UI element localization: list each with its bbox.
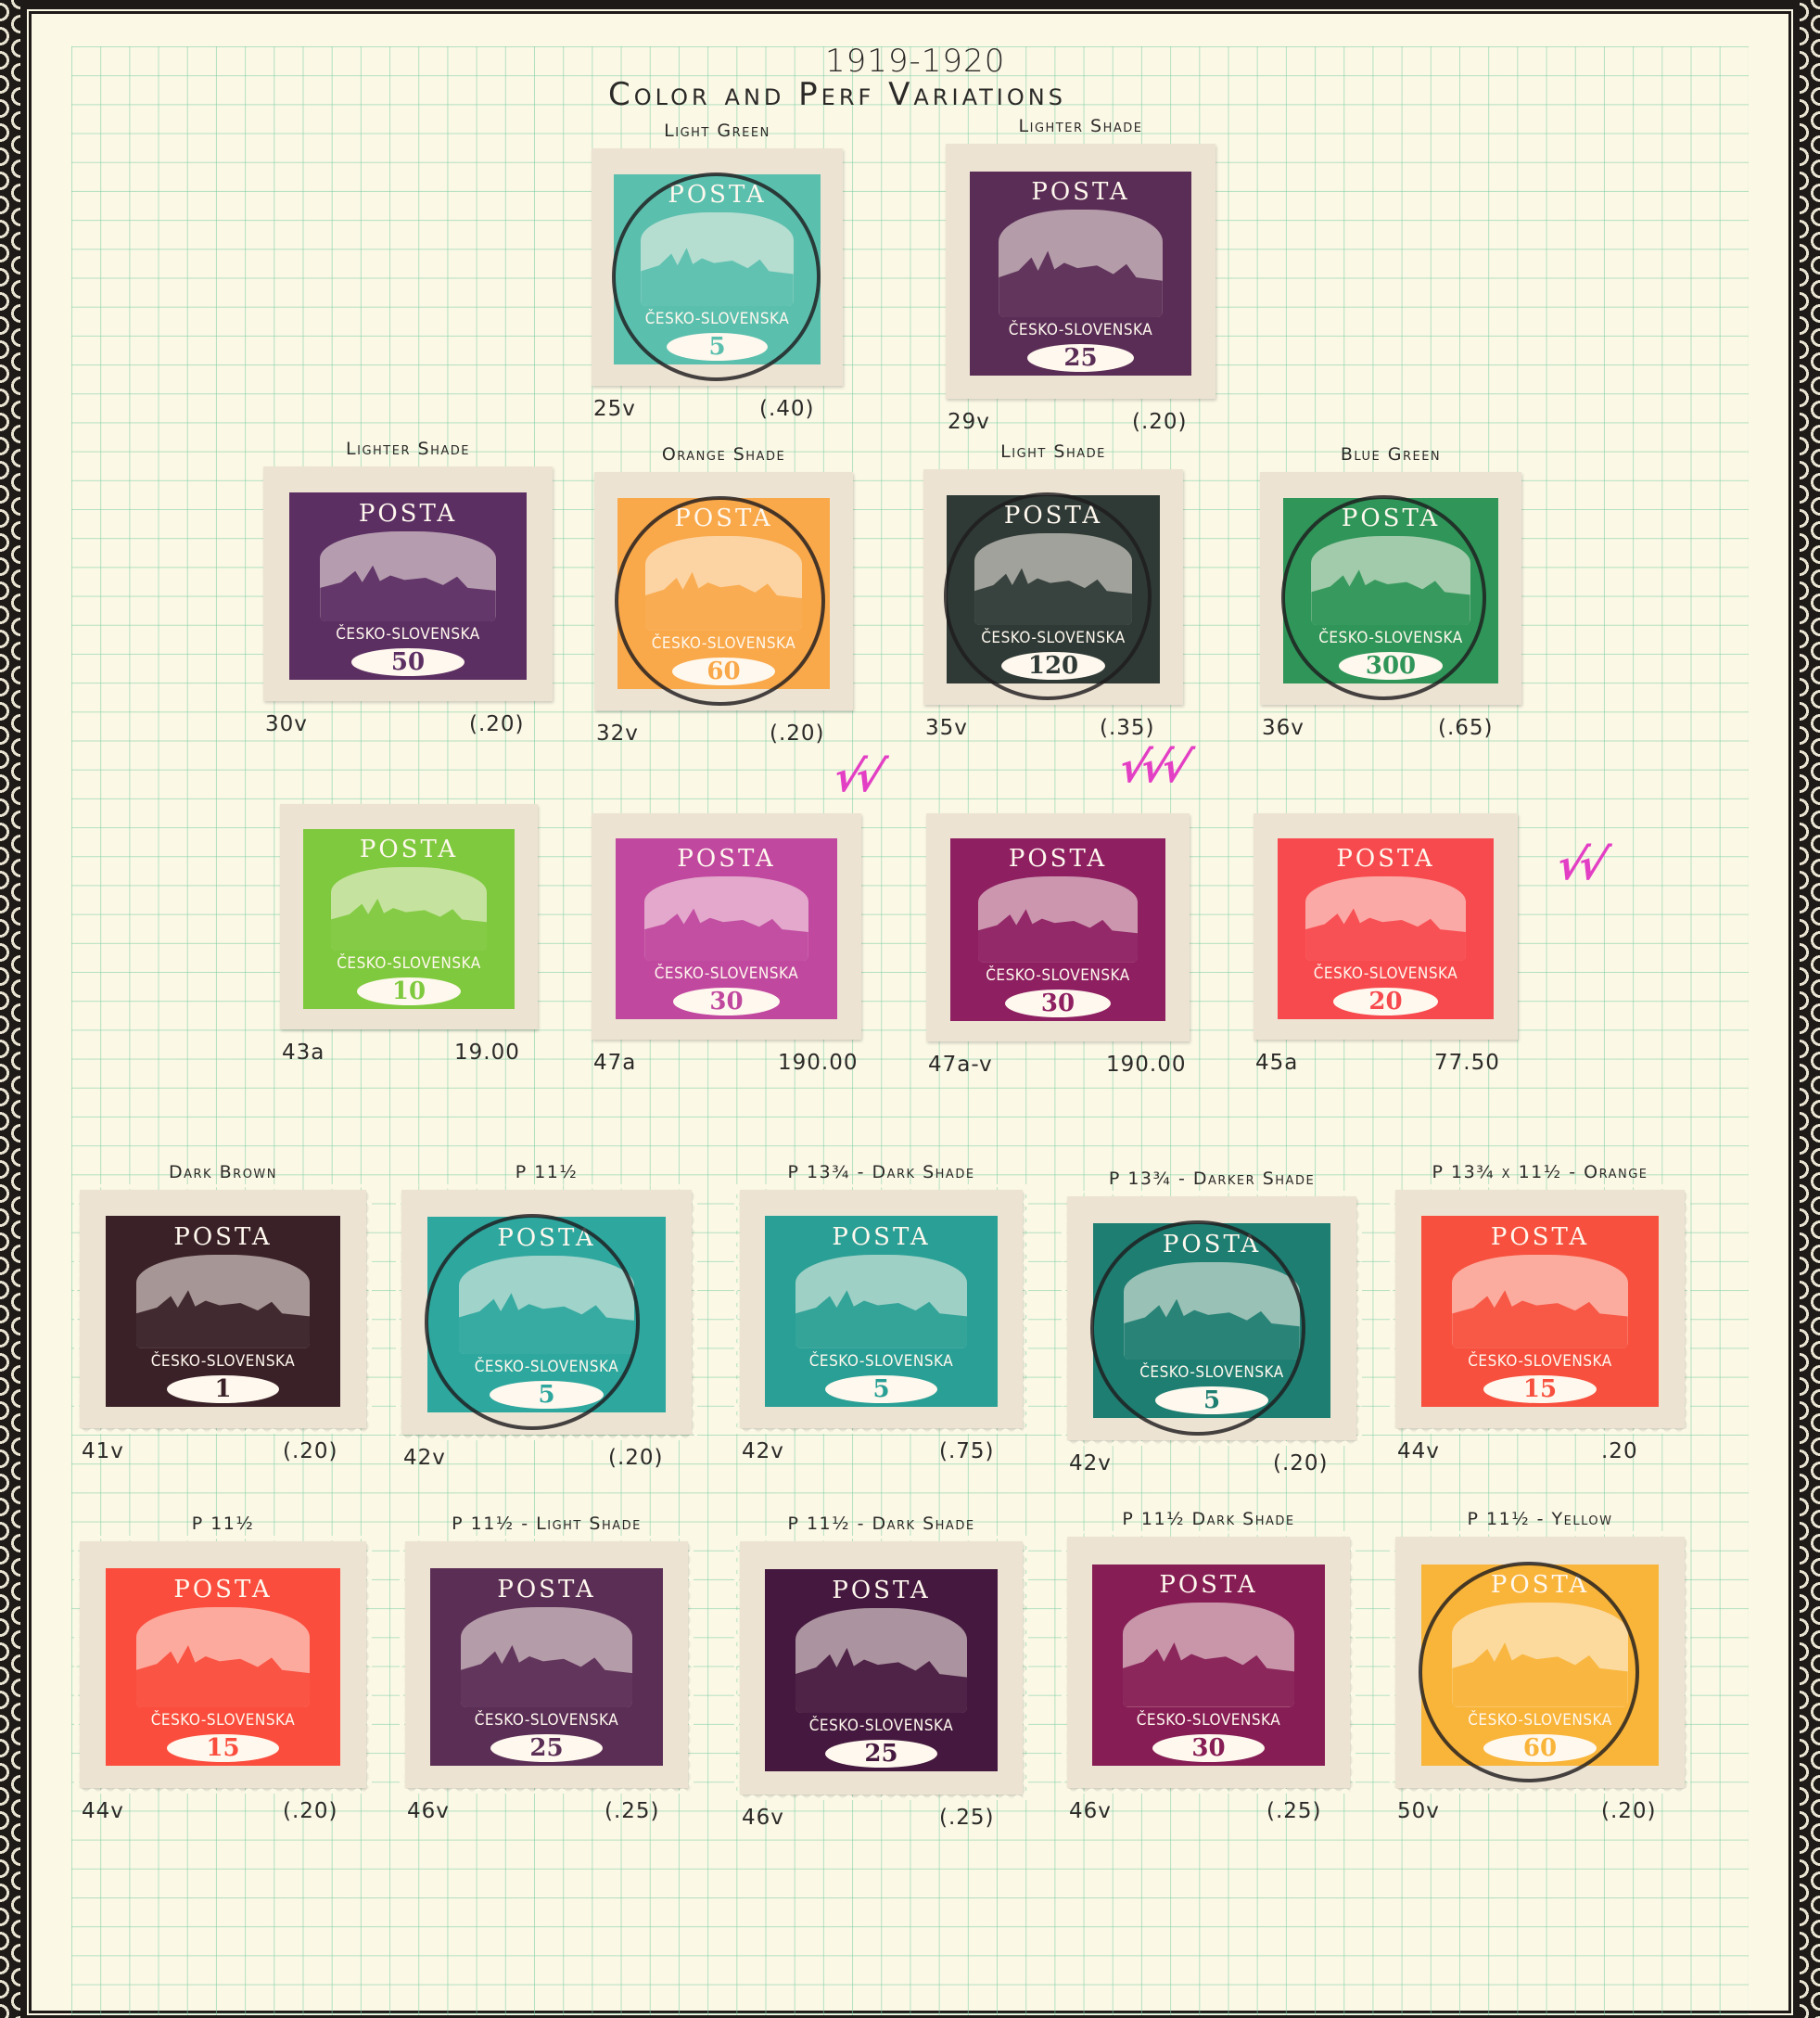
stamp-variety-label: P 11½ - Dark Shade xyxy=(787,1513,974,1534)
stamp-country-text: ČESKO-SLOVENSKA xyxy=(1468,1352,1612,1371)
stamp-country-text: ČESKO-SLOVENSKA xyxy=(475,1711,619,1730)
prague-castle-illustration xyxy=(459,1256,635,1355)
stamp-denomination: 120 xyxy=(1001,652,1105,680)
stamp-country-text: ČESKO-SLOVENSKA xyxy=(151,1352,296,1371)
catalog-value: (.75) xyxy=(939,1439,995,1463)
stamp-country-text: ČESKO-SLOVENSKA xyxy=(655,964,799,983)
stamp-country-text: ČESKO-SLOVENSKA xyxy=(337,954,481,973)
perforated-stamp[interactable]: POSTAČESKO-SLOVENSKA1 xyxy=(80,1190,366,1428)
catalog-number: 47a xyxy=(593,1051,636,1075)
stamp-design-hradcany: POSTAČESKO-SLOVENSKA30 xyxy=(1092,1565,1324,1766)
pink-checkmark-icon: √√√ xyxy=(1114,742,1190,792)
catalog-value: (.25) xyxy=(605,1799,660,1823)
stamp-country-text: ČESKO-SLOVENSKA xyxy=(645,310,790,328)
stamp-variety-label: P 13¾ x 11½ - Orange xyxy=(1432,1162,1648,1182)
imperforate-stamp[interactable]: POSTAČESKO-SLOVENSKA50 xyxy=(263,466,553,701)
prague-castle-illustration xyxy=(795,1255,967,1348)
stamp-denomination: 20 xyxy=(1333,988,1438,1015)
prague-castle-illustration xyxy=(974,533,1132,625)
stamp-design-hradcany: POSTAČESKO-SLOVENSKA30 xyxy=(616,838,837,1019)
stamp-country-text: ČESKO-SLOVENSKA xyxy=(809,1717,954,1735)
stamp-variety-label: P 11½ - Yellow xyxy=(1468,1509,1613,1529)
stamp-posta-text: POSTA xyxy=(832,1577,930,1604)
prague-castle-illustration xyxy=(136,1607,311,1707)
stamp-posta-text: POSTA xyxy=(1491,1571,1589,1599)
stamp-denomination: 5 xyxy=(1155,1386,1268,1414)
catalog-number: 46v xyxy=(407,1799,450,1823)
stamp-design-hradcany: POSTAČESKO-SLOVENSKA60 xyxy=(1421,1565,1659,1766)
stamp-design-hradcany: POSTAČESKO-SLOVENSKA120 xyxy=(947,495,1160,683)
prague-castle-illustration xyxy=(1452,1255,1627,1348)
stamp-country-text: ČESKO-SLOVENSKA xyxy=(1009,321,1153,339)
stamp-denomination: 30 xyxy=(1152,1734,1264,1762)
stamp-design-hradcany: POSTAČESKO-SLOVENSKA5 xyxy=(427,1217,666,1412)
stamp-denomination: 25 xyxy=(825,1740,936,1768)
stamp-country-text: ČESKO-SLOVENSKA xyxy=(1468,1711,1612,1730)
stamp-denomination: 50 xyxy=(351,648,465,676)
prague-castle-illustration xyxy=(331,867,488,952)
perforated-stamp[interactable]: POSTAČESKO-SLOVENSKA5 xyxy=(740,1190,1023,1428)
prague-castle-illustration xyxy=(136,1255,311,1348)
stamp-variety-label: Light Shade xyxy=(1000,441,1106,462)
stamp-posta-text: POSTA xyxy=(1336,845,1434,873)
catalog-value: .20 xyxy=(1601,1439,1638,1463)
stamp-posta-text: POSTA xyxy=(173,1223,272,1251)
stamp-design-hradcany: POSTAČESKO-SLOVENSKA60 xyxy=(617,498,830,689)
prague-castle-illustration xyxy=(1452,1603,1627,1706)
catalog-value: (.25) xyxy=(1266,1799,1322,1823)
imperforate-stamp[interactable]: POSTAČESKO-SLOVENSKA5 xyxy=(592,148,843,386)
perforated-stamp[interactable]: POSTAČESKO-SLOVENSKA25 xyxy=(740,1541,1023,1794)
stamp-design-hradcany: POSTAČESKO-SLOVENSKA20 xyxy=(1278,838,1495,1019)
imperforate-stamp[interactable]: POSTAČESKO-SLOVENSKA30 xyxy=(926,813,1190,1041)
stamp-denomination: 25 xyxy=(490,1734,602,1762)
stamp-variety-label: Light Green xyxy=(664,121,770,141)
stamp-country-text: ČESKO-SLOVENSKA xyxy=(652,634,796,653)
stamp-country-text: ČESKO-SLOVENSKA xyxy=(336,625,480,644)
stamp-design-hradcany: POSTAČESKO-SLOVENSKA25 xyxy=(970,172,1191,376)
catalog-value: (.35) xyxy=(1100,716,1155,740)
prague-castle-illustration xyxy=(644,876,808,961)
stamp-variety-label: P 13¾ - Dark Shade xyxy=(787,1162,974,1182)
stamp-variety-label: P 11½ - Light Shade xyxy=(452,1513,642,1534)
catalog-value: (.40) xyxy=(759,397,815,421)
stamp-posta-text: POSTA xyxy=(1031,178,1129,206)
perforated-stamp[interactable]: POSTAČESKO-SLOVENSKA25 xyxy=(405,1541,688,1788)
stamp-posta-text: POSTA xyxy=(674,504,772,532)
imperforate-stamp[interactable]: POSTAČESKO-SLOVENSKA120 xyxy=(923,469,1183,705)
catalog-number: 46v xyxy=(1069,1799,1112,1823)
catalog-number: 46v xyxy=(742,1806,784,1830)
perforated-stamp[interactable]: POSTAČESKO-SLOVENSKA15 xyxy=(80,1541,366,1788)
perforated-stamp[interactable]: POSTAČESKO-SLOVENSKA30 xyxy=(1067,1537,1350,1788)
decorative-border-left xyxy=(0,0,20,2018)
catalog-value: (.25) xyxy=(939,1806,995,1830)
stamp-design-hradcany: POSTAČESKO-SLOVENSKA30 xyxy=(950,838,1166,1021)
perforated-stamp[interactable]: POSTAČESKO-SLOVENSKA15 xyxy=(1395,1190,1685,1428)
stamp-posta-text: POSTA xyxy=(1004,502,1102,530)
stamp-design-hradcany: POSTAČESKO-SLOVENSKA25 xyxy=(430,1568,662,1766)
stamp-country-text: ČESKO-SLOVENSKA xyxy=(1139,1363,1284,1382)
stamp-posta-text: POSTA xyxy=(359,500,457,528)
stamp-design-hradcany: POSTAČESKO-SLOVENSKA300 xyxy=(1283,498,1497,684)
stamp-denomination: 5 xyxy=(490,1381,604,1409)
stamp-variety-label: Lighter Shade xyxy=(1019,116,1143,136)
catalog-number: 47a-v xyxy=(928,1053,993,1077)
catalog-value: 190.00 xyxy=(778,1051,858,1075)
prague-castle-illustration xyxy=(320,531,495,622)
catalog-value: (.20) xyxy=(608,1446,664,1470)
stamp-posta-text: POSTA xyxy=(832,1223,930,1251)
stamp-denomination: 60 xyxy=(672,658,776,685)
prague-castle-illustration xyxy=(999,210,1163,317)
stamp-posta-text: POSTA xyxy=(1159,1571,1257,1599)
stamp-variety-label: Dark Brown xyxy=(169,1162,277,1182)
stamp-denomination: 30 xyxy=(1005,990,1110,1017)
catalog-value: (.20) xyxy=(283,1799,338,1823)
perforated-stamp[interactable]: POSTAČESKO-SLOVENSKA5 xyxy=(401,1190,692,1435)
imperforate-stamp[interactable]: POSTAČESKO-SLOVENSKA20 xyxy=(1254,813,1518,1040)
catalog-value: (.20) xyxy=(283,1439,338,1463)
prague-castle-illustration xyxy=(1123,1603,1294,1706)
stamp-posta-text: POSTA xyxy=(497,1576,595,1603)
stamp-country-text: ČESKO-SLOVENSKA xyxy=(1318,629,1463,647)
stamp-design-hradcany: POSTAČESKO-SLOVENSKA25 xyxy=(765,1569,997,1771)
catalog-number: 42v xyxy=(403,1446,446,1470)
prague-castle-illustration xyxy=(641,212,793,306)
stamp-posta-text: POSTA xyxy=(173,1576,272,1603)
imperforate-stamp[interactable]: POSTAČESKO-SLOVENSKA300 xyxy=(1260,472,1521,705)
stamp-posta-text: POSTA xyxy=(677,845,775,873)
stamp-denomination: 5 xyxy=(667,333,768,361)
stamp-posta-text: POSTA xyxy=(668,181,766,209)
stamp-variety-label: Orange Shade xyxy=(662,444,785,465)
catalog-value: (.20) xyxy=(770,722,825,746)
stamp-country-text: ČESKO-SLOVENSKA xyxy=(1137,1711,1281,1730)
prague-castle-illustration xyxy=(795,1608,967,1714)
prague-castle-illustration xyxy=(461,1607,632,1707)
stamp-variety-label: P 11½ xyxy=(192,1513,255,1534)
catalog-number: 42v xyxy=(742,1439,784,1463)
stamp-country-text: ČESKO-SLOVENSKA xyxy=(981,629,1126,647)
stamp-denomination: 30 xyxy=(673,988,780,1015)
stamp-posta-text: POSTA xyxy=(1163,1231,1261,1258)
stamp-denomination: 10 xyxy=(357,977,460,1005)
stamp-country-text: ČESKO-SLOVENSKA xyxy=(151,1711,296,1730)
catalog-value: 77.50 xyxy=(1434,1051,1500,1075)
stamp-denomination: 300 xyxy=(1339,652,1444,680)
stamp-denomination: 1 xyxy=(167,1375,279,1403)
stamp-posta-text: POSTA xyxy=(360,836,458,863)
stamp-variety-label: Lighter Shade xyxy=(346,439,470,459)
stamp-denomination: 25 xyxy=(1027,344,1134,372)
prague-castle-illustration xyxy=(645,536,802,631)
page-title-year: 1919-1920 xyxy=(825,43,1005,80)
catalog-value: (.20) xyxy=(1273,1451,1329,1475)
catalog-number: 45a xyxy=(1255,1051,1298,1075)
page-title: Color and Perf Variations xyxy=(608,76,1066,113)
prague-castle-illustration xyxy=(1311,536,1470,626)
stamp-variety-label: Blue Green xyxy=(1341,444,1441,465)
catalog-number: 36v xyxy=(1262,716,1305,740)
catalog-value: (.20) xyxy=(1601,1799,1657,1823)
stamp-design-hradcany: POSTAČESKO-SLOVENSKA15 xyxy=(1421,1216,1659,1407)
catalog-number: 50v xyxy=(1397,1799,1440,1823)
stamp-design-hradcany: POSTAČESKO-SLOVENSKA5 xyxy=(614,174,820,364)
stamp-denomination: 5 xyxy=(825,1375,936,1403)
stamp-denomination: 15 xyxy=(1483,1375,1597,1403)
stamp-posta-text: POSTA xyxy=(497,1224,595,1252)
stamp-country-text: ČESKO-SLOVENSKA xyxy=(475,1358,619,1376)
prague-castle-illustration xyxy=(1124,1262,1299,1360)
stamp-design-hradcany: POSTAČESKO-SLOVENSKA5 xyxy=(1093,1223,1330,1418)
stamp-posta-text: POSTA xyxy=(1491,1223,1589,1251)
catalog-value: (.20) xyxy=(1132,410,1188,434)
prague-castle-illustration xyxy=(1305,876,1466,961)
catalog-number: 32v xyxy=(596,722,639,746)
stamp-denomination: 60 xyxy=(1483,1734,1597,1762)
stamp-design-hradcany: POSTAČESKO-SLOVENSKA1 xyxy=(106,1216,340,1407)
decorative-border-right xyxy=(1800,0,1820,2018)
stamp-posta-text: POSTA xyxy=(1342,504,1440,532)
imperforate-stamp[interactable]: POSTAČESKO-SLOVENSKA10 xyxy=(280,804,538,1029)
catalog-number: 29v xyxy=(948,410,990,434)
stamp-country-text: ČESKO-SLOVENSKA xyxy=(1314,964,1458,983)
stamp-variety-label: P 13¾ - Darker Shade xyxy=(1109,1169,1315,1189)
catalog-value: (.20) xyxy=(469,712,525,736)
imperforate-stamp[interactable]: POSTAČESKO-SLOVENSKA25 xyxy=(946,144,1215,399)
imperforate-stamp[interactable]: POSTAČESKO-SLOVENSKA60 xyxy=(594,472,853,710)
catalog-number: 44v xyxy=(82,1799,124,1823)
catalog-number: 41v xyxy=(82,1439,124,1463)
stamp-denomination: 15 xyxy=(167,1734,279,1762)
stamp-posta-text: POSTA xyxy=(1009,845,1107,873)
catalog-number: 30v xyxy=(265,712,308,736)
perforated-stamp[interactable]: POSTAČESKO-SLOVENSKA5 xyxy=(1067,1196,1356,1440)
catalog-number: 35v xyxy=(925,716,968,740)
stamp-design-hradcany: POSTAČESKO-SLOVENSKA5 xyxy=(765,1216,997,1407)
catalog-number: 43a xyxy=(282,1041,325,1065)
catalog-value: 190.00 xyxy=(1106,1053,1186,1077)
prague-castle-illustration xyxy=(978,876,1138,963)
imperforate-stamp[interactable]: POSTAČESKO-SLOVENSKA30 xyxy=(592,813,861,1040)
catalog-number: 42v xyxy=(1069,1451,1112,1475)
catalog-value: (.65) xyxy=(1438,716,1494,740)
catalog-value: 19.00 xyxy=(454,1041,520,1065)
catalog-number: 44v xyxy=(1397,1439,1440,1463)
stamp-variety-label: P 11½ xyxy=(515,1162,579,1182)
stamp-country-text: ČESKO-SLOVENSKA xyxy=(986,966,1130,985)
stamp-design-hradcany: POSTAČESKO-SLOVENSKA10 xyxy=(303,829,515,1009)
stamp-design-hradcany: POSTAČESKO-SLOVENSKA50 xyxy=(289,492,527,680)
stamp-design-hradcany: POSTAČESKO-SLOVENSKA15 xyxy=(106,1568,340,1766)
stamp-country-text: ČESKO-SLOVENSKA xyxy=(809,1352,954,1371)
perforated-stamp[interactable]: POSTAČESKO-SLOVENSKA60 xyxy=(1395,1537,1685,1788)
catalog-number: 25v xyxy=(593,397,636,421)
stamp-variety-label: P 11½ Dark Shade xyxy=(1122,1509,1294,1529)
